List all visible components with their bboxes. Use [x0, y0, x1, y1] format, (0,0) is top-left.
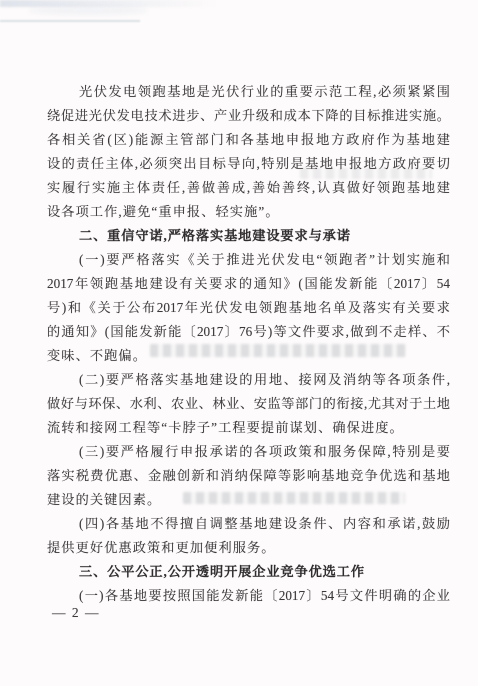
document-text: 光伏发电领跑基地是光伏行业的重要示范工程,必须紧紧围绕促进光伏发电技术进步、产业…	[47, 80, 450, 608]
document-line: 光伏发电领跑基地是光伏行业的重要示范工程,必须紧紧围	[47, 80, 450, 104]
document-line: 提供更好优惠政策和更加便利服务。	[47, 536, 450, 560]
document-line: 落实税费优惠、金融创新和消纳保障等影响基地竞争优选和基地	[47, 464, 450, 488]
document-line: 各相关省(区)能源主管部门和各基地申报地方政府作为基地建	[47, 128, 450, 152]
document-line: (一)各基地要按照国能发新能〔2017〕54号文件明确的企业	[47, 584, 450, 608]
document-line: 建设的关键因素。	[47, 488, 450, 512]
document-line: 号)和《关于公布2017年光伏发电领跑基地名单及落实有关要求	[47, 296, 450, 320]
scan-smudge-top-blob	[28, 6, 148, 15]
document-line: (二)要严格落实基地建设的用地、接网及消纳等各项条件,	[47, 368, 450, 392]
scan-line-artifact	[0, 20, 140, 22]
document-line: 设的责任主体,必须突出目标导向,特别是基地申报地方政府要切	[47, 152, 450, 176]
document-line: 的通知》(国能发新能〔2017〕76号)等文件要求,做到不走样、不	[47, 320, 450, 344]
section-heading: 二、重信守诺,严格落实基地建设要求与承诺	[47, 224, 450, 248]
document-line: 设各项工作,避免“重申报、轻实施”。	[47, 200, 450, 224]
document-line: 实履行实施主体责任,善做善成,善始善终,认真做好领跑基地建	[47, 176, 450, 200]
document-line: (三)要严格履行申报承诺的各项政策和服务保障,特别是要	[47, 440, 450, 464]
document-line: 2017年领跑基地建设有关要求的通知》(国能发新能〔2017〕54	[47, 272, 450, 296]
document-line: 做好与环保、水利、农业、林业、安监等部门的衔接,尤其对于土地	[47, 392, 450, 416]
document-line: 变味、不跑偏。	[47, 344, 450, 368]
scanned-document-page: 光伏发电领跑基地是光伏行业的重要示范工程,必须紧紧围绕促进光伏发电技术进步、产业…	[0, 0, 478, 686]
section-heading: 三、公平公正,公开透明开展企业竞争优选工作	[47, 560, 450, 584]
document-line: (一)要严格落实《关于推进光伏发电“领跑者”计划实施和	[47, 248, 450, 272]
document-line: (四)各基地不得擅自调整基地建设条件、内容和承诺,鼓励	[47, 512, 450, 536]
document-line: 流转和接网工程等“卡脖子”工程要提前谋划、确保进度。	[47, 416, 450, 440]
document-line: 绕促进光伏发电技术进步、产业升级和成本下降的目标推进实施。	[47, 104, 450, 128]
page-number: — 2 —	[52, 604, 100, 622]
